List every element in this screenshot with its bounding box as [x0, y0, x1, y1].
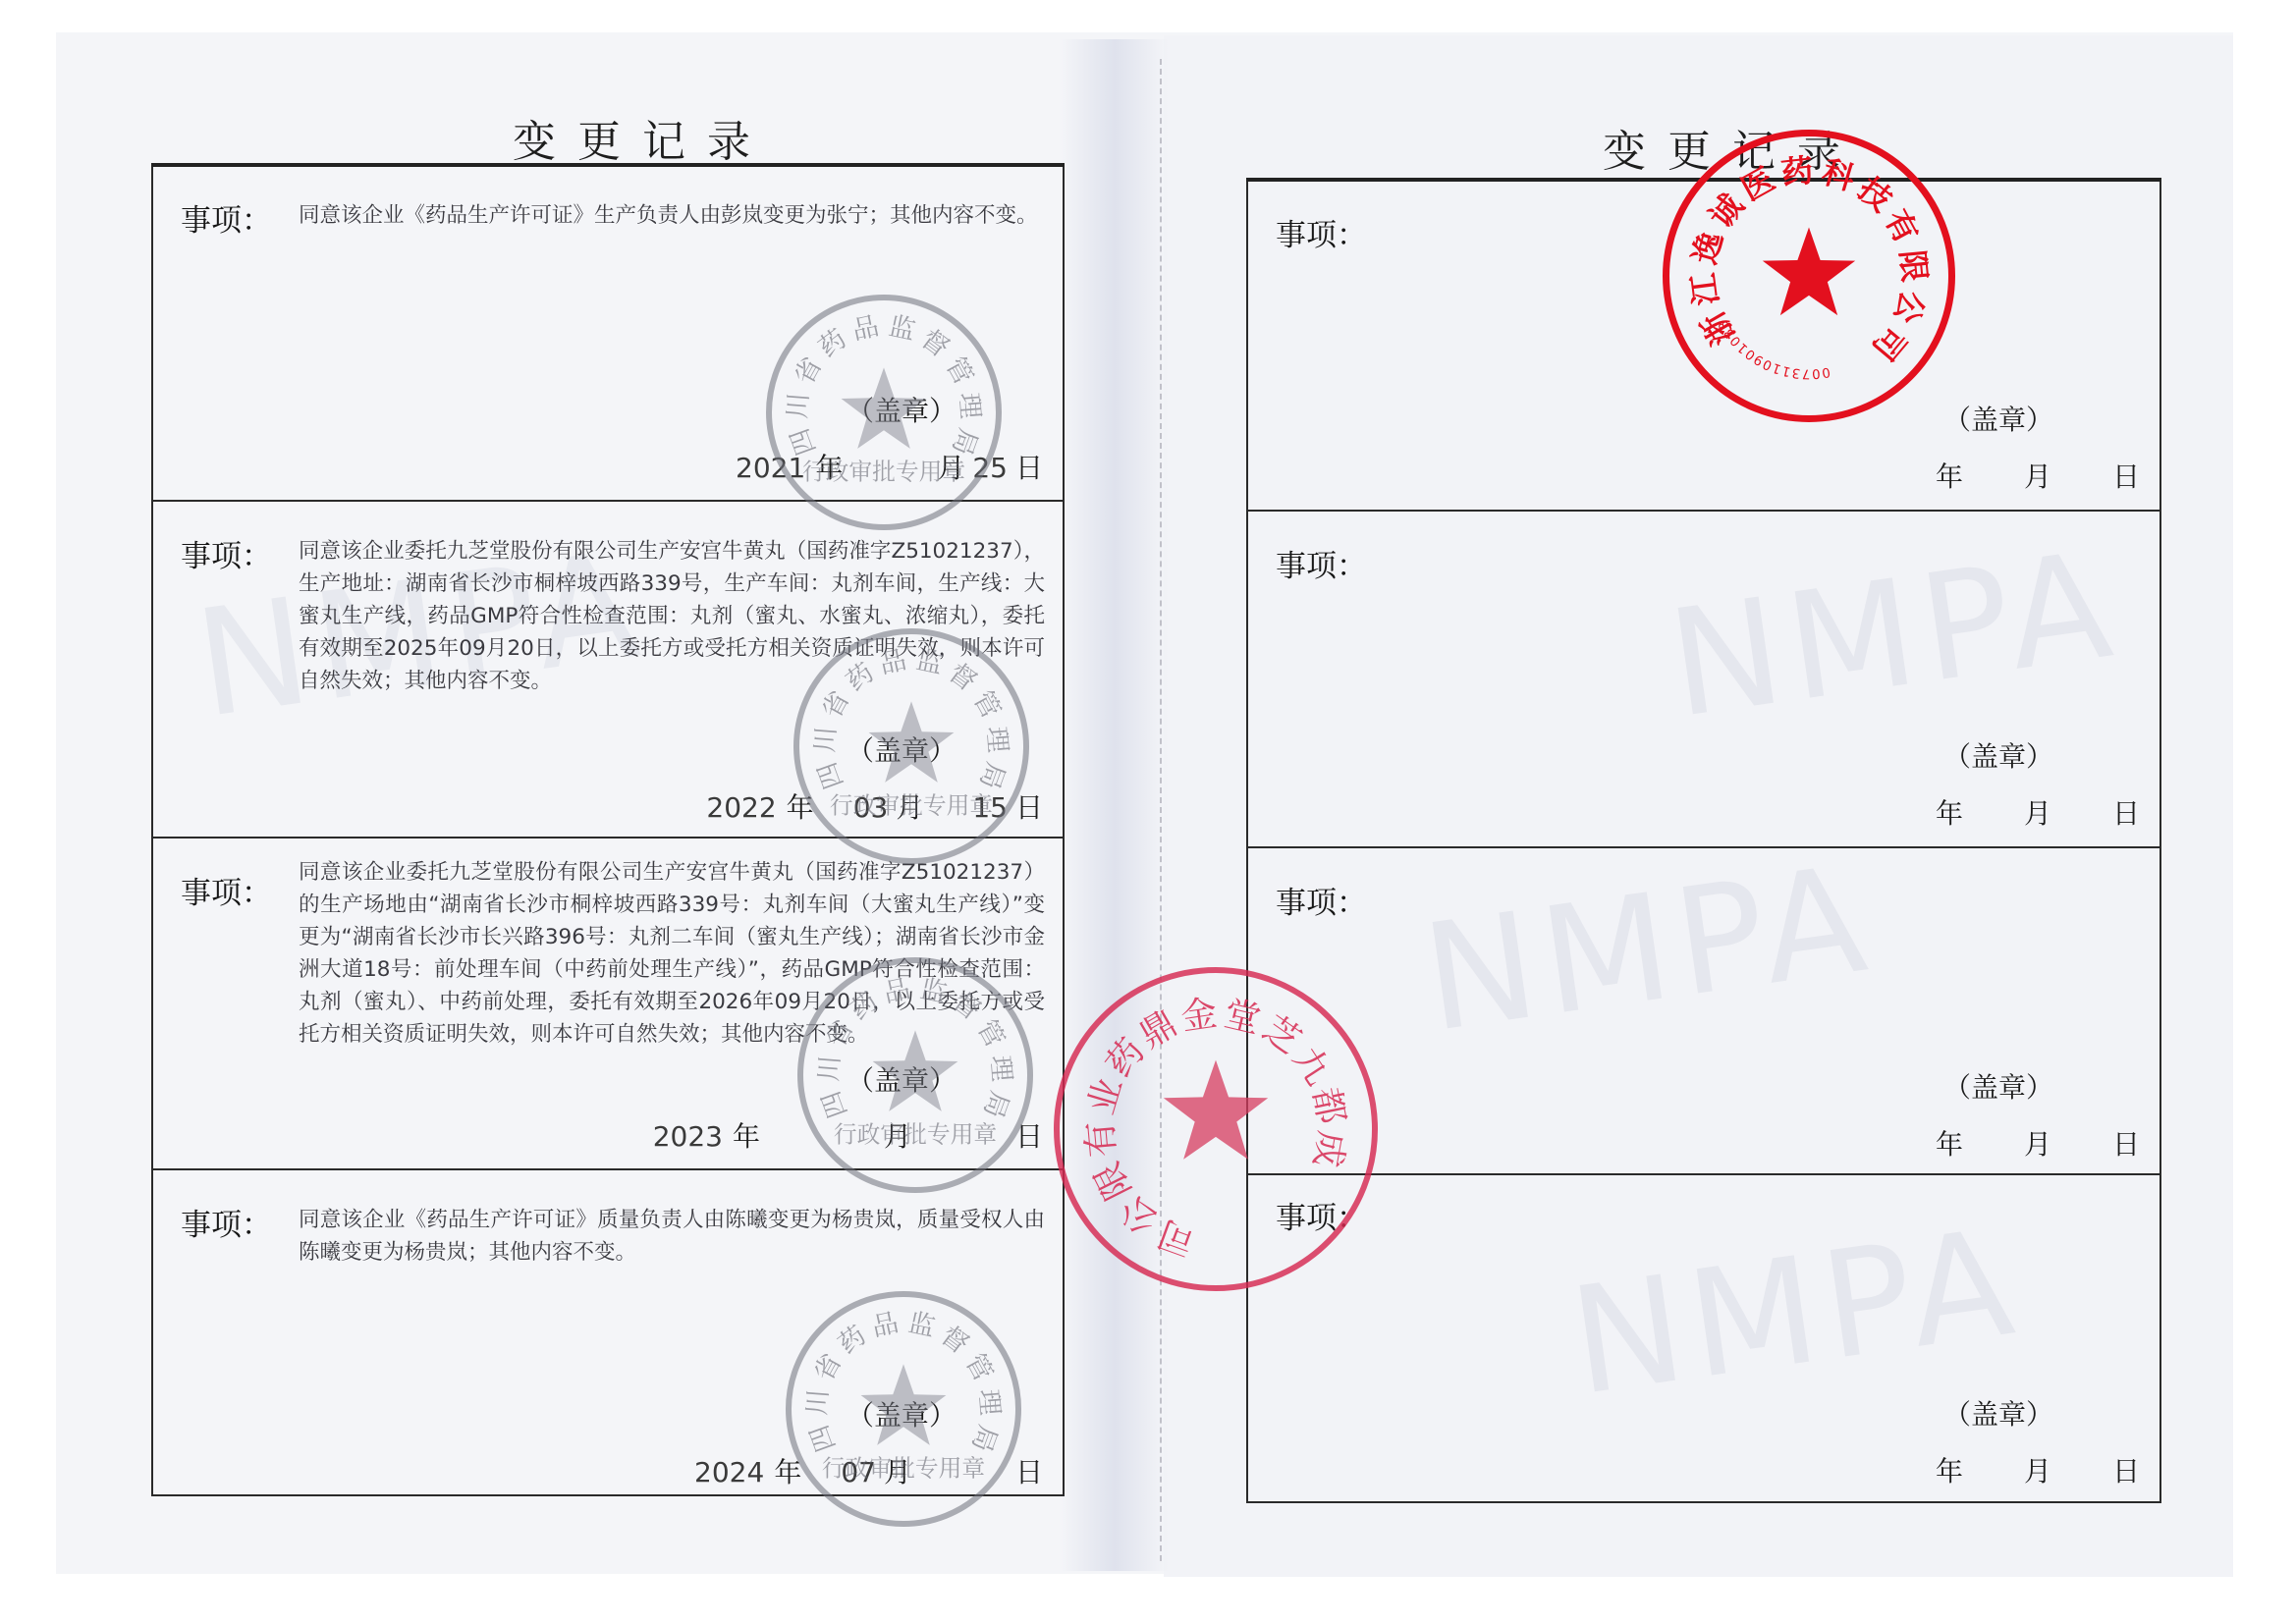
item-label: 事项：	[1276, 541, 1367, 585]
svg-text:管: 管	[959, 1349, 999, 1386]
svg-text:司: 司	[1865, 319, 1914, 367]
official-seal-grey: 四川省药品监督管理局行政审批专用章	[766, 295, 1002, 530]
svg-text:川: 川	[809, 726, 842, 754]
official-seal-grey: 四川省药品监督管理局行政审批专用章	[797, 957, 1033, 1193]
svg-text:堂: 堂	[1220, 992, 1265, 1041]
svg-text:行政审批专用章: 行政审批专用章	[830, 791, 993, 819]
svg-text:科: 科	[1818, 153, 1859, 198]
svg-text:川: 川	[801, 1388, 834, 1417]
svg-text:成: 成	[1305, 1128, 1353, 1171]
svg-text:限: 限	[1893, 248, 1934, 284]
svg-text:局: 局	[977, 1087, 1014, 1122]
entry-date: 年月日	[1936, 1450, 2140, 1489]
item-label: 事项：	[181, 868, 272, 912]
item-label: 事项：	[1276, 210, 1367, 254]
svg-text:省: 省	[820, 1014, 859, 1053]
svg-text:药: 药	[1779, 151, 1815, 191]
fold-shadow	[1061, 39, 1169, 1571]
svg-text:有: 有	[1878, 203, 1926, 249]
item-label: 事项：	[181, 195, 272, 240]
change-record-entry: 事项： （盖章） 年月日	[1248, 510, 2159, 846]
svg-text:品: 品	[877, 645, 909, 680]
item-label: 事项：	[1276, 878, 1367, 922]
entry-date: 年月日	[1936, 792, 2140, 832]
item-content: 同意该企业《药品生产许可证》质量负责人由陈曦变更为杨贵岚，质量受权人由陈曦变更为…	[299, 1204, 1045, 1269]
svg-text:行政审批专用章: 行政审批专用章	[822, 1454, 985, 1482]
svg-text:监: 监	[905, 1308, 938, 1343]
svg-text:监: 监	[913, 645, 946, 680]
seal-note: （盖章）	[1943, 735, 2053, 775]
change-record-entry: 事项： （盖章） 年月日	[1248, 846, 2159, 1173]
svg-text:省: 省	[816, 685, 855, 724]
svg-text:管: 管	[940, 352, 979, 390]
svg-text:3: 3	[1791, 364, 1801, 380]
svg-text:品: 品	[869, 1308, 902, 1343]
svg-text:局: 局	[973, 758, 1011, 793]
fold-line	[1160, 59, 1162, 1561]
svg-text:药: 药	[841, 658, 880, 698]
svg-text:监: 监	[917, 974, 950, 1009]
svg-text:省: 省	[808, 1348, 847, 1386]
svg-text:逸: 逸	[1685, 228, 1729, 268]
svg-text:管: 管	[971, 1015, 1011, 1053]
svg-text:省: 省	[789, 352, 828, 390]
svg-text:管: 管	[967, 686, 1007, 724]
svg-text:理: 理	[973, 1388, 1006, 1417]
svg-text:药: 药	[845, 987, 884, 1027]
company-seal-red: 浙江逸诚医药科技有限公司3301090113700	[1663, 130, 1955, 422]
entry-date: 年月日	[1936, 1123, 2140, 1163]
svg-text:理: 理	[954, 392, 986, 420]
svg-text:0: 0	[1821, 363, 1831, 379]
official-seal-grey: 四川省药品监督管理局行政审批专用章	[793, 628, 1029, 864]
svg-text:理: 理	[981, 726, 1013, 754]
svg-text:川: 川	[782, 392, 814, 420]
item-label: 事项：	[181, 531, 272, 575]
svg-text:四: 四	[785, 424, 822, 460]
svg-text:行政审批专用章: 行政审批专用章	[802, 458, 965, 485]
svg-text:督: 督	[915, 324, 955, 364]
item-content: 同意该企业《药品生产许可证》生产负责人由彭岚变更为张宁；其他内容不变。	[299, 199, 1045, 232]
svg-text:金: 金	[1178, 992, 1220, 1039]
seal-note: （盖章）	[1943, 399, 2053, 438]
svg-text:药: 药	[833, 1321, 872, 1361]
item-label: 事项：	[181, 1200, 272, 1244]
svg-text:督: 督	[943, 658, 982, 698]
svg-text:药: 药	[813, 324, 852, 364]
entry-date: 年月日	[1936, 456, 2140, 495]
svg-text:川: 川	[813, 1055, 846, 1083]
svg-text:品: 品	[881, 974, 913, 1009]
svg-text:局: 局	[965, 1421, 1003, 1456]
seal-note: （盖章）	[1943, 1066, 2053, 1106]
svg-text:行政审批专用章: 行政审批专用章	[834, 1120, 997, 1148]
svg-text:技: 技	[1851, 170, 1900, 219]
svg-text:江: 江	[1684, 270, 1725, 307]
svg-text:督: 督	[947, 987, 986, 1027]
svg-text:四: 四	[816, 1087, 853, 1122]
seal-note: （盖章）	[1943, 1393, 2053, 1433]
svg-text:7: 7	[1802, 365, 1811, 380]
change-record-entry: 事项： （盖章） 年月日	[1248, 1173, 2159, 1505]
official-seal-grey: 四川省药品监督管理局行政审批专用章	[786, 1291, 1021, 1527]
svg-text:医: 医	[1735, 160, 1781, 208]
company-seal-pink: 成都九芝堂金鼎药业有限公司	[1054, 967, 1378, 1291]
svg-text:督: 督	[935, 1321, 974, 1361]
svg-text:都: 都	[1304, 1084, 1353, 1128]
svg-text:四: 四	[804, 1421, 842, 1456]
svg-text:理: 理	[985, 1055, 1017, 1083]
svg-text:有: 有	[1078, 1119, 1123, 1159]
svg-text:四: 四	[812, 758, 849, 793]
svg-text:0: 0	[1811, 365, 1821, 381]
svg-text:公: 公	[1886, 287, 1932, 329]
svg-text:监: 监	[886, 311, 918, 347]
svg-text:局: 局	[946, 424, 983, 460]
svg-text:品: 品	[849, 311, 882, 347]
left-page-title: 变更记录	[513, 106, 772, 169]
